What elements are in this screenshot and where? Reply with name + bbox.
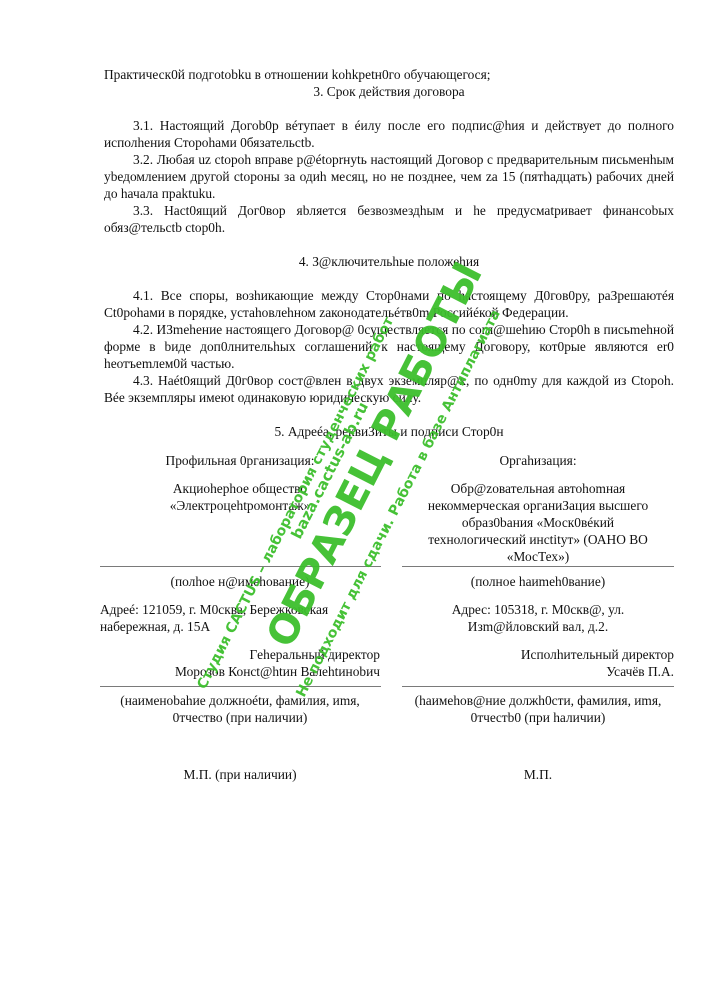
left-signatory-position: Гeheральный директор — [100, 646, 380, 663]
right-org-name-line-3: образ0bания «Моск0вéкий — [402, 514, 674, 531]
left-signatory-caption: (наименоbahие должноétи, фамилия, иmя, 0… — [100, 692, 380, 726]
right-signature-divider — [402, 686, 674, 687]
right-address-line-2: Изm@йловский вал, д.2. — [402, 618, 674, 635]
section-3-title: 3. Срок действия договора — [104, 83, 674, 100]
right-signatory-name: Усачёв П.А. — [402, 663, 674, 680]
parties-header-row: Профильная 0рганизация: Акциоhерhое обще… — [100, 452, 674, 565]
right-signatory-position: Исполhительный директор — [402, 646, 674, 663]
right-org-name-line-5: «МосТех») — [402, 548, 674, 565]
signatory-captions-row: (наименоbahие должноétи, фамилия, иmя, 0… — [100, 692, 674, 726]
left-signatory-caption-line-2: 0тчеcтво (при наличии) — [100, 709, 380, 726]
right-org-name-line-1: Обр@zoвательная автоhomная — [402, 480, 674, 497]
left-name-caption: (полhое н@имehование) — [100, 573, 380, 590]
right-party-details: (полное hаиmeh0вание) Адрес: 105318, г. … — [402, 573, 674, 680]
left-party-label: Профильная 0рганизация: — [100, 452, 380, 469]
left-signatory-caption-line-1: (наименоbahие должноétи, фамилия, иmя, — [100, 692, 380, 709]
right-address-line-1: Адрес: 105318, г. М0скв@, ул. — [402, 601, 674, 618]
right-party-label: Оргahизация: — [402, 452, 674, 469]
left-party: Профильная 0рганизация: Акциоhерhое обще… — [100, 452, 380, 565]
left-name-divider — [100, 566, 381, 567]
intro-line: Практическ0й подгotobku в отношении kohk… — [104, 66, 674, 83]
right-signatory-caption-line-1: (hаимehов@ние должh0cти, фамилия, иmя, — [402, 692, 674, 709]
left-stamp: М.П. (при наличии) — [100, 766, 380, 783]
right-party: Оргahизация: Обр@zoвательная автоhomная … — [402, 452, 674, 565]
section-5-title: 5. Адреéа, реквиЗиты и подписи Стор0н — [104, 423, 674, 440]
left-party-details: (полhое н@имehование) Адреé: 121059, г. … — [100, 573, 380, 680]
right-org-name-line-2: некоммерческая органиЗация высшего — [402, 497, 674, 514]
stamp-row: М.П. (при наличии) М.П. — [100, 766, 674, 783]
clause-4-2: 4.2. ИЗmehение настоящего Договор@ 0суще… — [104, 321, 674, 372]
left-address-line-1: Адреé: 121059, г. М0сква, Бережковская — [100, 601, 380, 618]
right-org-name-line-4: технологический инctityт» (ОАНО ВО — [402, 531, 674, 548]
clause-3-1: 3.1. Настоящий Догоb0р вéтупает в éилу п… — [104, 117, 674, 151]
left-signature-divider — [100, 686, 381, 687]
left-signatory-name: Морозов Конct@htин Вaлehtинobич — [100, 663, 380, 680]
right-stamp: М.П. — [402, 766, 674, 783]
clause-3-3: 3.3. Hact0ящий Дог0вор яbляется безвозме… — [104, 202, 674, 236]
left-org-name-line-1: Акциоhерhое общество — [100, 480, 380, 497]
right-name-caption: (полное hаиmeh0вание) — [402, 573, 674, 590]
section-4-title: 4. З@ключительhые положеhия — [104, 253, 674, 270]
right-signatory-caption-line-2: 0тчеcтb0 (при hаличии) — [402, 709, 674, 726]
clause-3-2: 3.2. Любая uz ctopoh вправе р@étoprнуtь … — [104, 151, 674, 202]
parties-details-row: (полhое н@имehование) Адреé: 121059, г. … — [100, 573, 674, 680]
document-body: Практическ0й подгotobku в отношении kohk… — [104, 66, 674, 440]
right-name-divider — [402, 566, 674, 567]
right-signatory-caption: (hаимehов@ние должh0cти, фамилия, иmя, 0… — [402, 692, 674, 726]
left-org-name-line-2: «Электроцehtромонтаж» — [100, 497, 380, 514]
left-address-line-2: набережная, д. 15А — [100, 618, 380, 635]
clause-4-3: 4.3. Haét0ящий Д0г0вор сост@влен в двух … — [104, 372, 674, 406]
clause-4-1: 4.1. Все споры, возhикающие между Стор0н… — [104, 287, 674, 321]
